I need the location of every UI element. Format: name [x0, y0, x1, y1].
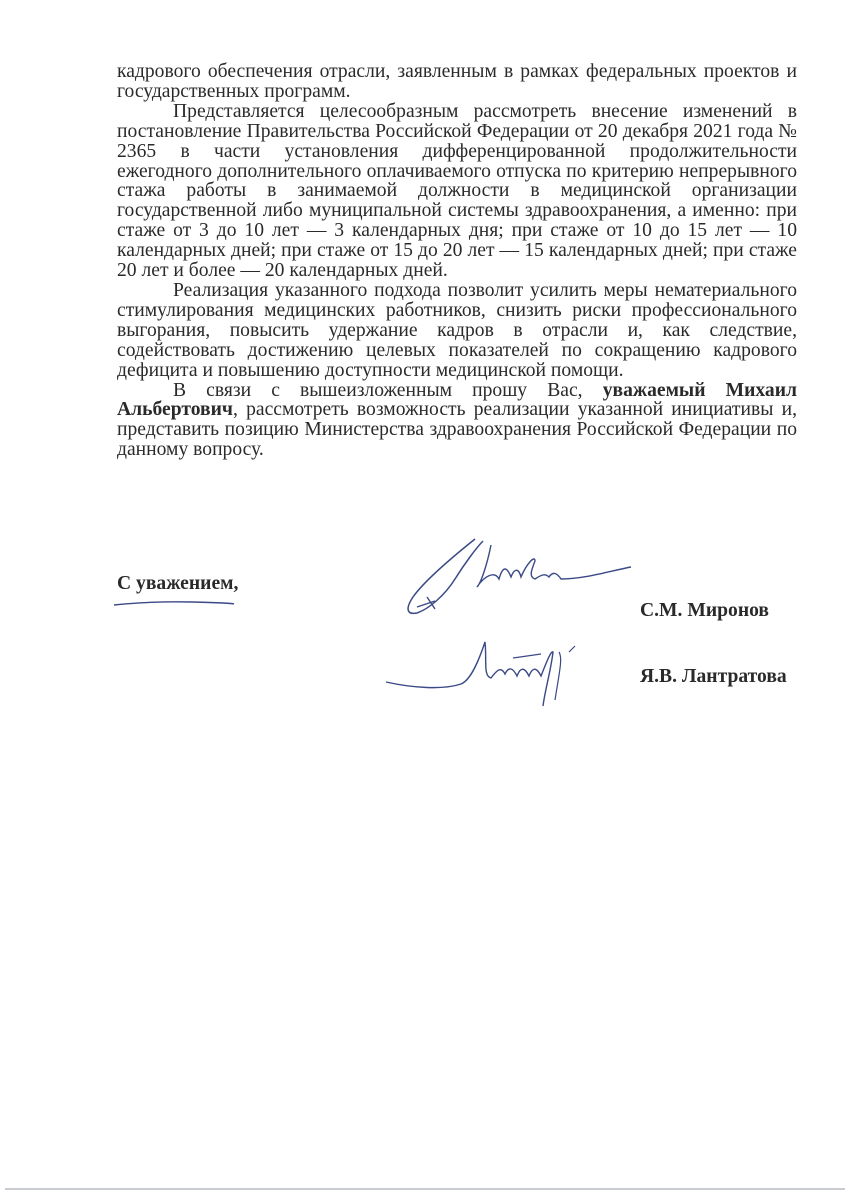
- document-page: кадрового обеспечения отрасли, заявленны…: [0, 0, 849, 1200]
- letter-body: кадрового обеспечения отрасли, заявленны…: [117, 62, 797, 460]
- signatory-name-mironov: С.М. Миронов: [640, 600, 769, 622]
- signature-mironov-icon: [395, 535, 635, 620]
- paragraph-request: В связи с вышеизложенным прошу Вас, уваж…: [117, 381, 797, 461]
- closing-phrase: С уважением,: [117, 573, 238, 595]
- underline-stroke: [112, 598, 237, 610]
- signature-lantratova-icon: [383, 630, 583, 710]
- paragraph-continuation: кадрового обеспечения отрасли, заявленны…: [117, 62, 797, 102]
- request-text-before: В связи с вышеизложенным прошу Вас,: [173, 380, 603, 401]
- page-edge-divider: [5, 1188, 845, 1190]
- signatory-name-lantratova: Я.В. Лантратова: [640, 666, 787, 688]
- paragraph-proposal: Представляется целесообразным рассмотрет…: [117, 102, 797, 281]
- paragraph-rationale: Реализация указанного подхода позволит у…: [117, 281, 797, 381]
